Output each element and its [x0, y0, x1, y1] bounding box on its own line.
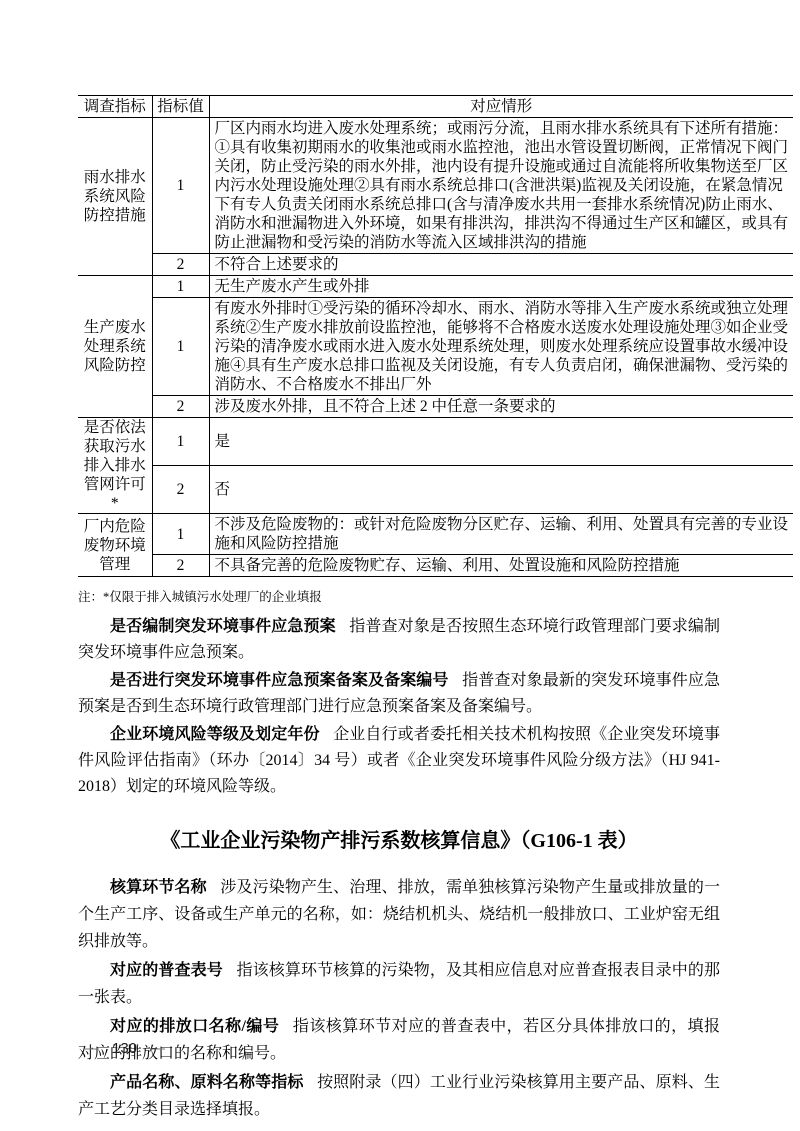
footer-dash-right: —	[150, 1040, 165, 1057]
indicator-cell: 是否依法获取污水排入排水管网许可*	[78, 418, 152, 514]
table-note: 注：*仅限于排入城镇污水处理厂的企业填报	[78, 590, 800, 605]
indicator-cell: 生产废水处理系统风险防控	[78, 276, 152, 418]
definition-term: 企业环境风险等级及划定年份	[110, 726, 320, 743]
definition-paragraph: 是否编制突发环境事件应急预案指普查对象是否按照生态环境行政管理部门要求编制突发环…	[78, 614, 720, 666]
definition-paragraph: 对应的普查表号指该核算环节核算的污染物，及其相应信息对应普查报表目录中的那一张表…	[78, 957, 720, 1011]
table-row: 2不具备完善的危险废物贮存、运输、利用、处置设施和风险防控措施	[78, 555, 793, 577]
table-header-row: 调查指标 指标值 对应情形	[78, 96, 793, 118]
indicator-value-cell: 1	[152, 118, 209, 254]
definitions-block-1: 是否编制突发环境事件应急预案指普查对象是否按照生态环境行政管理部门要求编制突发环…	[78, 614, 720, 800]
section-heading: 《工业企业污染物产排污系数核算信息》（G106-1 表）	[78, 829, 720, 853]
definition-paragraph: 企业环境风险等级及划定年份企业自行或者委托相关技术机构按照《企业突发环境事件风险…	[78, 722, 720, 800]
situation-cell: 无生产废水产生或外排	[209, 276, 793, 298]
situation-cell: 涉及废水外排，且不符合上述 2 中任意一条要求的	[209, 396, 793, 418]
footer-dash-left: —	[84, 1040, 99, 1057]
situation-cell: 是	[209, 418, 793, 466]
page-number: 130	[112, 1040, 137, 1057]
table-row: 2不符合上述要求的	[78, 254, 793, 276]
table-row: 雨水排水系统风险防控措施1厂区内雨水均进入废水处理系统；或雨污分流，且雨水排水系…	[78, 118, 793, 254]
table-row: 2涉及废水外排，且不符合上述 2 中任意一条要求的	[78, 396, 793, 418]
situation-cell: 不符合上述要求的	[209, 254, 793, 276]
indicator-value-cell: 1	[152, 418, 209, 466]
definition-paragraph: 核算环节名称涉及污染物产生、治理、排放，需单独核算污染物产生量或排放量的一个生产…	[78, 874, 720, 955]
page-footer: — 130 —	[84, 1040, 165, 1057]
definition-term: 是否编制突发环境事件应急预案	[110, 618, 336, 635]
indicator-value-cell: 1	[152, 514, 209, 555]
table-row: 2否	[78, 466, 793, 514]
indicator-cell: 雨水排水系统风险防控措施	[78, 118, 152, 276]
definition-paragraph: 产品名称、原料名称等指标按照附录（四）工业行业污染核算用主要产品、原料、生产工艺…	[78, 1069, 720, 1123]
indicator-value-cell: 2	[152, 396, 209, 418]
indicator-value-cell: 1	[152, 276, 209, 298]
indicator-value-cell: 1	[152, 298, 209, 396]
definitions-block-2: 核算环节名称涉及污染物产生、治理、排放，需单独核算污染物产生量或排放量的一个生产…	[78, 874, 720, 1123]
indicator-value-cell: 2	[152, 466, 209, 514]
document-page: 调查指标 指标值 对应情形 雨水排水系统风险防控措施1厂区内雨水均进入废水处理系…	[0, 0, 800, 1131]
definition-term: 对应的普查表号	[110, 962, 223, 979]
situation-cell: 厂区内雨水均进入废水处理系统；或雨污分流，且雨水排水系统具有下述所有措施：①具有…	[209, 118, 793, 254]
situation-cell: 不涉及危险废物的：或针对危险废物分区贮存、运输、利用、处置具有完善的专业设施和风…	[209, 514, 793, 555]
indicator-cell: 厂内危险废物环境管理	[78, 514, 152, 577]
indicator-value-cell: 2	[152, 555, 209, 577]
indicator-table-body: 雨水排水系统风险防控措施1厂区内雨水均进入废水处理系统；或雨污分流，且雨水排水系…	[78, 118, 793, 577]
definition-term: 是否进行突发环境事件应急预案备案及备案编号	[110, 672, 449, 689]
definition-paragraph: 对应的排放口名称/编号指该核算环节对应的普查表中，若区分具体排放口的，填报对应的…	[78, 1013, 720, 1067]
definition-term: 对应的排放口名称/编号	[110, 1018, 279, 1035]
situation-cell: 不具备完善的危险废物贮存、运输、利用、处置设施和风险防控措施	[209, 555, 793, 577]
table-row: 1有废水外排时①受污染的循环冷却水、雨水、消防水等排入生产废水系统或独立处理系统…	[78, 298, 793, 396]
indicator-table: 调查指标 指标值 对应情形 雨水排水系统风险防控措施1厂区内雨水均进入废水处理系…	[78, 95, 793, 577]
indicator-value-cell: 2	[152, 254, 209, 276]
header-value: 指标值	[152, 96, 209, 118]
table-row: 生产废水处理系统风险防控1无生产废水产生或外排	[78, 276, 793, 298]
header-indicator: 调查指标	[78, 96, 152, 118]
table-row: 厂内危险废物环境管理1不涉及危险废物的：或针对危险废物分区贮存、运输、利用、处置…	[78, 514, 793, 555]
definition-term: 核算环节名称	[110, 879, 207, 896]
situation-cell: 有废水外排时①受污染的循环冷却水、雨水、消防水等排入生产废水系统或独立处理系统②…	[209, 298, 793, 396]
header-situation: 对应情形	[209, 96, 793, 118]
definition-paragraph: 是否进行突发环境事件应急预案备案及备案编号指普查对象最新的突发环境事件应急预案是…	[78, 668, 720, 720]
definition-term: 产品名称、原料名称等指标	[110, 1074, 303, 1091]
situation-cell: 否	[209, 466, 793, 514]
table-row: 是否依法获取污水排入排水管网许可*1是	[78, 418, 793, 466]
